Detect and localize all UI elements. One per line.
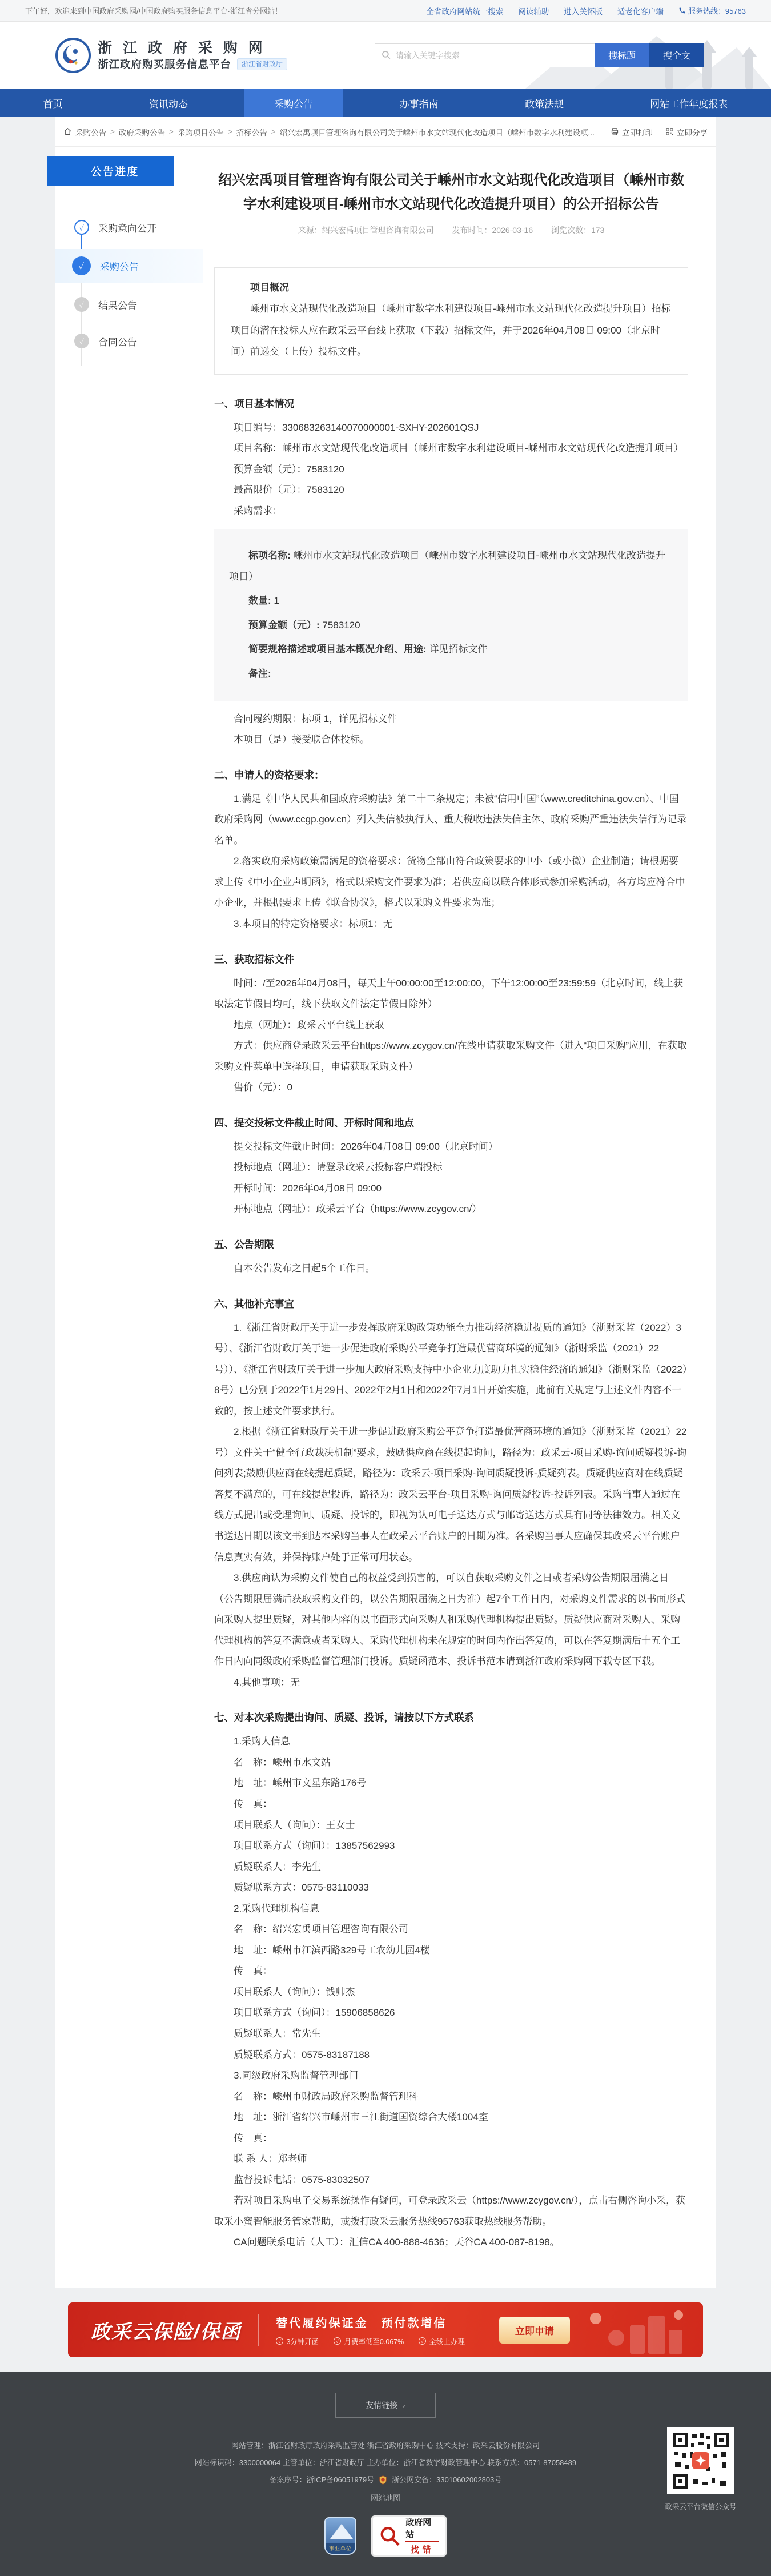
check-circle-icon: ✓ (419, 2337, 426, 2345)
article-paragraph: 名 称：嵊州市财政局政府采购监督管理科 (214, 2087, 688, 2108)
step-label: 采购公告 (100, 259, 139, 273)
breadcrumb: 采购公告>政府采购公告>采购项目公告>招标公告>绍兴宏禹项目管理咨询有限公司关于… (55, 117, 716, 147)
dotted-divider (214, 250, 688, 250)
article-source: 来源：绍兴宏禹项目管理咨询有限公司 (298, 226, 434, 235)
step-check-icon: ✓ (74, 220, 89, 235)
progress-steps: ✓采购意向公开✓采购公告✓结果公告✓合同公告 (55, 186, 192, 374)
hotline-label: 服务热线：95763 (688, 5, 746, 16)
article-paragraph: 项目联系方式（询问）：13857562993 (214, 1836, 688, 1857)
announcement-progress-sidebar: 公告进度 ✓采购意向公开✓采购公告✓结果公告✓合同公告 (55, 156, 192, 374)
banner-title: 政采云保险/保函 (91, 2316, 241, 2344)
topbar-links: 全省政府网站统一搜索阅读辅助进入关怀版适老化客户端 服务热线：95763 (426, 5, 746, 17)
site-logo[interactable]: 浙 江 政 府 采 购 网 浙江政府购买服务信息平台 浙江省财政厅 (55, 38, 287, 73)
breadcrumb-separator: > (169, 127, 174, 136)
article-paragraph: 预算金额（元）：7583120 (214, 459, 688, 480)
article-view-count: 浏览次数：173 (551, 226, 604, 235)
nav-item[interactable]: 政策法规 (495, 89, 593, 117)
nav-item[interactable]: 网站工作年度报表 (620, 89, 757, 117)
article-paragraph: 名 称：绍兴宏禹项目管理咨询有限公司 (214, 1919, 688, 1940)
article-paragraph: 传 真： (214, 1794, 688, 1815)
article-paragraph: 质疑联系人：李先生 (214, 1857, 688, 1878)
article-paragraph: 2.根据《浙江省财政厅关于进一步促进政府采购公平竞争打造最优营商环境的通知》（浙… (214, 1422, 688, 1568)
sidebar-step[interactable]: ✓采购公告 (55, 249, 203, 283)
article-paragraph: 采购需求： (214, 501, 688, 522)
article-paragraph: 开标时间：2026年04月08日 09:00 (214, 1178, 688, 1199)
nav-item[interactable]: 首页 (14, 89, 93, 117)
section-heading: 五、公告期限 (214, 1235, 688, 1255)
article-paragraph: 项目联系方式（询问）：15906858626 (214, 2003, 688, 2024)
lot-detail-line: 标项名称: 嵊州市水文站现代化改造项目（嵊州市数字水利建设项目-嵊州市水文站现代… (229, 545, 673, 587)
article-paragraph: 若对项目采购电子交易系统操作有疑问，可登录政采云（https://www.zcy… (214, 2190, 688, 2232)
logo-emblem-icon (55, 38, 91, 73)
project-overview-box: 项目概况 嵊州市水文站现代化改造项目（嵊州市数字水利建设项目-嵊州市水文站现代化… (214, 267, 688, 375)
main-nav: 首页资讯动态采购公告办事指南政策法规网站工作年度报表 (0, 89, 771, 117)
home-icon (63, 127, 72, 136)
lot-detail-line: 简要规格描述或项目基本概况介绍、用途: 详见招标文件 (229, 639, 673, 660)
finance-dept-badge: 浙江省财政厅 (237, 58, 287, 70)
article-paragraph: 3.供应商认为采购文件使自己的权益受到损害的，可以自获取采购文件之日或者采购公告… (214, 1568, 688, 1672)
article-paragraph: CA问题联系电话（人工）：汇信CA 400-888-4636；天谷CA 400-… (214, 2232, 688, 2253)
article-paragraph: 合同履约期限：标项 1，详见招标文件 (214, 709, 688, 730)
article-paragraph: 地 址：嵊州市文星东路176号 (214, 1773, 688, 1794)
chevron-down-icon: ˅ (402, 2404, 405, 2410)
badge-gov-line1: 政府网站 (405, 2516, 439, 2542)
site-name: 浙 江 政 府 采 购 网 (98, 39, 287, 57)
article-paragraph: 项目联系人（询问）：钱帅杰 (214, 1982, 688, 2003)
lot-detail-line: 预算金额（元）: 7583120 (229, 615, 673, 636)
printer-icon (611, 127, 619, 136)
badge-gov-line2: 找错 (411, 2543, 435, 2555)
section-heading: 二、申请人的资格要求： (214, 765, 688, 785)
article-paragraph: 联 系 人：郑老师 (214, 2149, 688, 2170)
overview-title: 项目概况 (231, 277, 672, 298)
insurance-ad-banner[interactable]: 政采云保险/保函 替代履约保证金 预付款增信 ✓3分钟开函✓月费率低至0.067… (68, 2302, 703, 2357)
article-paragraph: 项目编号：330683263140070000001-SXHY-202601QS… (214, 418, 688, 439)
article-paragraph: 售价（元）：0 (214, 1077, 688, 1098)
section-heading: 四、提交投标文件截止时间、开标时间和地点 (214, 1113, 688, 1133)
qr-pattern (670, 2430, 731, 2491)
article-paragraph: 2.采购代理机构信息 (214, 1899, 688, 1920)
banner-subtitle: 替代履约保证金 预付款增信 (276, 2314, 464, 2330)
article-paragraph: 1.《浙江省财政厅关于进一步发挥政府采购政策功能全力推动经济稳进提质的通知》（浙… (214, 1318, 688, 1422)
section-heading: 三、获取招标文件 (214, 950, 688, 970)
article-paragraph: 时间：/至2026年04月08日，每天上午00:00:00至12:00:00，下… (214, 973, 688, 1015)
search-icon (381, 50, 391, 60)
apply-now-button[interactable]: 立即申请 (499, 2317, 570, 2344)
step-label: 合同公告 (98, 334, 137, 348)
article-paragraph: 本项目（是）接受联合体投标。 (214, 729, 688, 751)
step-check-icon: ✓ (72, 256, 91, 275)
banner-feature: ✓全线上办理 (419, 2336, 465, 2346)
share-button[interactable]: 立即分享 (665, 126, 708, 138)
nav-item[interactable]: 办事指南 (370, 89, 468, 117)
article-paragraph: 地点（网址）：政采云平台线上获取 (214, 1015, 688, 1036)
breadcrumb-separator: > (110, 127, 115, 136)
banner-feature: ✓月费率低至0.067% (334, 2336, 404, 2346)
phone-icon (678, 7, 686, 14)
article-meta: 来源：绍兴宏禹项目管理咨询有限公司 发布时间：2026-03-16 浏览次数：1… (214, 224, 688, 236)
lot-detail-box: 标项名称: 嵊州市水文站现代化改造项目（嵊州市数字水利建设项目-嵊州市水文站现代… (214, 529, 688, 700)
nav-item[interactable]: 资讯动态 (119, 89, 218, 117)
article-paragraph: 1.采购人信息 (214, 1731, 688, 1752)
section-heading: 七、对本次采购提出询问、质疑、投诉，请按以下方式联系 (214, 1708, 688, 1728)
article-paragraph: 方式：供应商登录政采云平台https://www.zcygov.cn/在线申请获… (214, 1036, 688, 1077)
article-paragraph: 地 址：嵊州市江滨西路329号工农幼儿园4楼 (214, 1940, 688, 1961)
article-body: 一、项目基本情况项目编号：330683263140070000001-SXHY-… (214, 394, 688, 2253)
banner-divider (258, 2314, 259, 2346)
icp-number[interactable]: 备案序号：浙ICP备06051979号 (270, 2471, 375, 2489)
police-badge-icon (379, 2475, 387, 2485)
article-paragraph: 项目联系人（询问）：王女士 (214, 1815, 688, 1836)
badge-unit-label: 事业单位 (326, 2543, 355, 2554)
announcement-article: 绍兴宏禹项目管理咨询有限公司关于嵊州市水文站现代化改造项目（嵊州市数字水利建设项… (192, 156, 716, 2253)
breadcrumb-item[interactable]: 招标公告 (236, 126, 267, 138)
gov-site-error-report-badge[interactable]: 政府网站 找错 (371, 2515, 447, 2557)
article-paragraph: 名 称：嵊州市水文站 (214, 1752, 688, 1773)
public-institution-badge[interactable]: 事业单位 (324, 2517, 356, 2555)
article-paragraph: 2.落实政府采购政策需满足的资格要求：货物全部由符合政策要求的中小（或小微）企业… (214, 851, 688, 914)
error-report-magnifier-icon (379, 2525, 401, 2547)
topbar-link[interactable]: 全省政府网站统一搜索 (426, 5, 503, 17)
topbar-link[interactable]: 适老化客户端 (617, 5, 664, 17)
print-button[interactable]: 立即打印 (611, 126, 653, 138)
check-circle-icon: ✓ (276, 2337, 283, 2345)
breadcrumb-item[interactable]: 采购项目公告 (178, 126, 224, 138)
article-paragraph: 传 真： (214, 2128, 688, 2149)
share-label: 立即分享 (677, 126, 708, 138)
service-hotline: 服务热线：95763 (678, 5, 746, 16)
badge-mountain-icon (330, 2524, 353, 2539)
step-label: 结果公告 (98, 298, 137, 312)
article-paragraph: 最高限价（元）：7583120 (214, 480, 688, 501)
footer-org-line: 网站标识码：3300000064 主管单位：浙江省财政厅 主办单位：浙江省数字财… (0, 2454, 771, 2471)
breadcrumb-item[interactable]: 采购公告 (75, 126, 106, 138)
article-paragraph: 地 址：浙江省绍兴市嵊州市三江街道国资综合大楼1004室 (214, 2107, 688, 2128)
site-header: 浙 江 政 府 采 购 网 浙江政府购买服务信息平台 浙江省财政厅 搜标题 搜全… (0, 22, 771, 89)
breadcrumb-item[interactable]: 政府采购公告 (119, 126, 165, 138)
content-card: 采购公告>政府采购公告>采购项目公告>招标公告>绍兴宏禹项目管理咨询有限公司关于… (55, 117, 716, 2288)
section-heading: 六、其他补充事宜 (214, 1294, 688, 1314)
article-publish-time: 发布时间：2026-03-16 (452, 226, 533, 235)
article-paragraph: 投标地点（网址）：请登录政采云投标客户端投标 (214, 1157, 688, 1178)
sidebar-step[interactable]: ✓采购意向公开 (55, 212, 192, 242)
qr-code (667, 2427, 734, 2494)
breadcrumb-current: 绍兴宏禹项目管理咨询有限公司关于嵊州市水文站现代化改造项目（嵊州市数字水利建设项… (280, 126, 595, 138)
friend-links-dropdown[interactable]: 友情链接˅ (335, 2393, 436, 2418)
article-paragraph: 监督投诉电话：0575-83032507 (214, 2170, 688, 2191)
search-input[interactable] (375, 43, 595, 67)
article-paragraph: 开标地点（网址）：政采云平台（https://www.zcygov.cn/） (214, 1199, 688, 1220)
welcome-text: 下午好，欢迎来到中国政府采购网/中国政府购买服务信息平台·浙江省分网站！ (25, 5, 282, 16)
topbar: 下午好，欢迎来到中国政府采购网/中国政府购买服务信息平台·浙江省分网站！ 全省政… (0, 0, 771, 22)
article-paragraph: 自本公告发布之日起5个工作日。 (214, 1258, 688, 1279)
article-paragraph: 提交投标文件截止时间：2026年04月08日 09:00（北京时间） (214, 1137, 688, 1158)
page-title: 绍兴宏禹项目管理咨询有限公司关于嵊州市水文站现代化改造项目（嵊州市数字水利建设项… (216, 168, 686, 216)
qr-caption: 政采云平台微信公众号 (662, 2501, 739, 2511)
breadcrumb-separator: > (271, 127, 276, 136)
sidebar-title: 公告进度 (47, 156, 174, 186)
article-paragraph: 质疑联系方式：0575-83110033 (214, 1877, 688, 1899)
overview-body: 嵊州市水文站现代化改造项目（嵊州市数字水利建设项目-嵊州市水文站现代化改造提升项… (231, 298, 672, 362)
wechat-qr-block: 政采云平台微信公众号 (662, 2427, 739, 2511)
print-label: 立即打印 (622, 126, 653, 138)
breadcrumb-separator: > (228, 127, 232, 136)
search-title-button[interactable]: 搜标题 (595, 43, 649, 67)
search-bar: 搜标题 搜全文 (375, 43, 704, 67)
article-paragraph: 质疑联系方式：0575-83187188 (214, 2045, 688, 2066)
sidebar-step[interactable]: ✓结果公告 (55, 290, 192, 319)
section-heading: 一、项目基本情况 (214, 394, 688, 414)
topbar-link-group: 全省政府网站统一搜索阅读辅助进入关怀版适老化客户端 (426, 5, 664, 17)
search-fulltext-button[interactable]: 搜全文 (649, 43, 704, 67)
article-paragraph: 3.同级政府采购监督管理部门 (214, 2065, 688, 2087)
footer-management-line: 网站管理：浙江省财政厅政府采购监管处 浙江省政府采购中心 技术支持：政采云股份有… (0, 2437, 771, 2454)
banner-feature: ✓3分钟开函 (276, 2336, 319, 2346)
step-check-icon: ✓ (74, 297, 89, 312)
check-circle-icon: ✓ (334, 2337, 341, 2345)
topbar-link[interactable]: 阅读辅助 (518, 5, 549, 17)
police-record-number[interactable]: 浙公网安备：33010602002803号 (392, 2471, 501, 2489)
nav-item[interactable]: 采购公告 (244, 89, 343, 117)
article-paragraph: 项目名称：嵊州市水文站现代化改造项目（嵊州市数字水利建设项目-嵊州市水文站现代化… (214, 438, 688, 459)
article-paragraph: 质疑联系人：常先生 (214, 2024, 688, 2045)
article-paragraph: 4.其他事项：无 (214, 1672, 688, 1694)
step-check-icon: ✓ (74, 334, 89, 348)
article-paragraph: 3.本项目的特定资格要求：标项1：无 (214, 914, 688, 935)
banner-decoration (561, 2308, 693, 2354)
banner-features: ✓3分钟开函✓月费率低至0.067%✓全线上办理 (276, 2336, 464, 2346)
article-paragraph: 传 真： (214, 1961, 688, 1982)
sitemap-link[interactable]: 网站地图 (0, 2492, 771, 2503)
lot-detail-line: 备注: (229, 664, 673, 685)
article-paragraph: 1.满足《中华人民共和国政府采购法》第二十二条规定；未被“信用中国”（www.c… (214, 789, 688, 852)
site-footer: 友情链接˅ 网站管理：浙江省财政厅政府采购监管处 浙江省政府采购中心 技术支持：… (0, 2372, 771, 2576)
topbar-link[interactable]: 进入关怀版 (564, 5, 603, 17)
lot-detail-line: 数量: 1 (229, 591, 673, 612)
qr-share-icon (665, 127, 674, 136)
sidebar-step[interactable]: ✓合同公告 (55, 326, 192, 356)
step-label: 采购意向公开 (98, 220, 156, 235)
site-subtitle: 浙江政府购买服务信息平台 (98, 58, 231, 71)
